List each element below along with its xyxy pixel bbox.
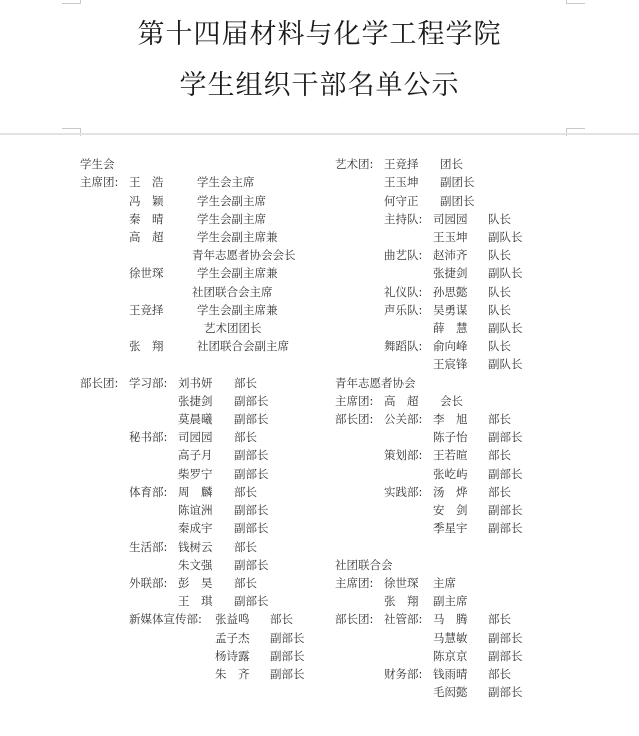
page-break (0, 133, 639, 135)
member-role: 副部长 (234, 394, 269, 408)
member-name: 钱雨晴 (433, 667, 468, 681)
page-top: 第十四届材料与化学工程学院 学生组织干部名单公示 (0, 0, 639, 133)
member-name: 陈谊洲 (178, 503, 213, 517)
member-role: 副部长 (270, 667, 305, 681)
page-corner-marker (62, 0, 81, 4)
department-label: 社管部: (384, 612, 422, 626)
member-name: 刘书妍 (178, 376, 213, 390)
member-role: 部长 (488, 448, 511, 462)
member-name: 毛闳懿 (433, 685, 468, 699)
member-role-extra: 青年志愿者协会会长 (192, 248, 296, 262)
member-name: 王宸锋 (433, 357, 468, 371)
member-role: 副部长 (234, 521, 269, 535)
member-name: 司园园 (178, 430, 213, 444)
member-name: 赵沛齐 (433, 248, 468, 262)
member-role: 学生会副主席兼 (197, 303, 278, 317)
member-role: 副部长 (488, 649, 523, 663)
member-role: 副部长 (270, 649, 305, 663)
member-role: 副部长 (488, 430, 523, 444)
department-label: 体育部: (129, 485, 167, 499)
member-role: 部长 (234, 376, 257, 390)
member-name: 孟子杰 (215, 631, 250, 645)
member-role: 部长 (234, 430, 257, 444)
member-role: 部长 (234, 576, 257, 590)
group-label: 主席团: (80, 175, 118, 189)
member-role: 部长 (234, 540, 257, 554)
member-name: 莫晨曦 (178, 412, 213, 426)
member-role: 会长 (440, 394, 463, 408)
member-name: 张捷剑 (178, 394, 213, 408)
member-name: 高子月 (178, 448, 213, 462)
member-role: 学生会副主席兼 (197, 266, 278, 280)
section-heading: 学生会 (80, 157, 115, 171)
member-name: 李 旭 (433, 412, 468, 426)
member-name: 陈子怡 (433, 430, 468, 444)
member-name: 张捷剑 (433, 266, 468, 280)
member-name: 徐世琛 (129, 266, 164, 280)
member-role: 副部长 (488, 503, 523, 517)
member-name: 秦成宇 (178, 521, 213, 535)
member-role: 副部长 (270, 631, 305, 645)
member-role: 副队长 (488, 321, 523, 335)
member-name: 高 超 (129, 230, 164, 244)
member-name: 徐世琛 (384, 576, 419, 590)
member-role: 队长 (488, 303, 511, 317)
section-heading: 青年志愿者协会 (335, 376, 416, 390)
member-name: 吴勇谋 (433, 303, 468, 317)
member-name: 王玉坤 (384, 175, 419, 189)
member-role: 副队长 (488, 266, 523, 280)
document-subtitle: 学生组织干部名单公示 (0, 63, 639, 102)
member-name: 朱文强 (178, 558, 213, 572)
group-label: 主席团: (335, 576, 373, 590)
member-name: 冯 颖 (129, 194, 164, 208)
department-label: 财务部: (384, 667, 422, 681)
member-role: 副部长 (234, 412, 269, 426)
page-body (0, 136, 639, 736)
member-name: 马 腾 (433, 612, 468, 626)
member-role: 副部长 (488, 631, 523, 645)
member-name: 陈京京 (433, 649, 468, 663)
member-name: 朱 齐 (215, 667, 250, 681)
member-role: 学生会副主席 (197, 212, 266, 226)
department-label: 策划部: (384, 448, 422, 462)
member-role: 队长 (488, 212, 511, 226)
member-role: 部长 (488, 667, 511, 681)
group-label: 部长团: (80, 376, 118, 390)
department-label: 学习部: (129, 376, 167, 390)
member-name: 孙思懿 (433, 285, 468, 299)
member-name: 秦 晴 (129, 212, 164, 226)
member-role: 队长 (488, 339, 511, 353)
member-role: 副部长 (234, 448, 269, 462)
page-corner-marker (566, 0, 585, 4)
member-role: 学生会副主席兼 (197, 230, 278, 244)
member-role: 部长 (234, 485, 257, 499)
member-role: 队长 (488, 248, 511, 262)
member-name: 王玉坤 (433, 230, 468, 244)
department-label: 秘书部: (129, 430, 167, 444)
member-name: 王竞择 (129, 303, 164, 317)
member-name: 俞向峰 (433, 339, 468, 353)
member-role: 副部长 (488, 521, 523, 535)
department-label: 外联部: (129, 576, 167, 590)
member-name: 杨诗露 (215, 649, 250, 663)
team-label: 声乐队: (384, 303, 422, 317)
member-role: 副部长 (234, 558, 269, 572)
member-name: 周 麟 (178, 485, 213, 499)
member-name: 张 翔 (384, 594, 419, 608)
member-role: 团长 (440, 157, 463, 171)
member-role: 部长 (488, 485, 511, 499)
member-name: 马慧敏 (433, 631, 468, 645)
member-name: 王 浩 (129, 175, 164, 189)
member-name: 彭 昊 (178, 576, 213, 590)
member-name: 张益鸣 (215, 612, 250, 626)
team-label: 曲艺队: (384, 248, 422, 262)
member-name: 张屹屿 (433, 467, 468, 481)
member-role: 副队长 (488, 230, 523, 244)
member-name: 司园园 (433, 212, 468, 226)
member-name: 汤 烨 (433, 485, 468, 499)
group-label: 主席团: (335, 394, 373, 408)
member-role-extra: 艺术团团长 (204, 321, 262, 335)
team-label: 礼仪队: (384, 285, 422, 299)
department-label: 新媒体宣传部: (129, 612, 202, 626)
department-label: 生活部: (129, 540, 167, 554)
team-label: 舞蹈队: (384, 339, 422, 353)
member-name: 薛 慧 (433, 321, 468, 335)
member-name: 柴罗宁 (178, 467, 213, 481)
member-name: 安 剑 (433, 503, 468, 517)
member-role: 副主席 (433, 594, 468, 608)
member-role: 部长 (488, 412, 511, 426)
member-name: 王竞择 (384, 157, 419, 171)
member-role: 副部长 (234, 594, 269, 608)
document-title: 第十四届材料与化学工程学院 (0, 12, 639, 51)
member-role: 副部长 (488, 467, 523, 481)
member-name: 季星宇 (433, 521, 468, 535)
member-role: 副团长 (440, 175, 475, 189)
team-label: 主持队: (384, 212, 422, 226)
group-label: 艺术团: (335, 157, 373, 171)
member-role: 副团长 (440, 194, 475, 208)
member-name: 高 超 (384, 394, 419, 408)
member-role: 副队长 (488, 357, 523, 371)
member-role: 副部长 (234, 467, 269, 481)
member-name: 何守正 (384, 194, 419, 208)
member-role-extra: 社团联合会主席 (192, 285, 273, 299)
member-name: 王若暄 (433, 448, 468, 462)
member-role: 社团联合会副主席 (197, 339, 289, 353)
group-label: 部长团: (335, 612, 373, 626)
member-role: 学生会副主席 (197, 194, 266, 208)
member-role: 学生会主席 (197, 175, 255, 189)
member-name: 钱树云 (178, 540, 213, 554)
member-role: 副部长 (234, 503, 269, 517)
department-label: 实践部: (384, 485, 422, 499)
group-label: 部长团: (335, 412, 373, 426)
member-role: 主席 (433, 576, 456, 590)
member-role: 副部长 (488, 685, 523, 699)
member-name: 张 翔 (129, 339, 164, 353)
member-role: 部长 (488, 612, 511, 626)
member-name: 王 琪 (178, 594, 213, 608)
department-label: 公关部: (384, 412, 422, 426)
member-role: 部长 (270, 612, 293, 626)
section-heading: 社团联合会 (335, 558, 393, 572)
member-role: 队长 (488, 285, 511, 299)
